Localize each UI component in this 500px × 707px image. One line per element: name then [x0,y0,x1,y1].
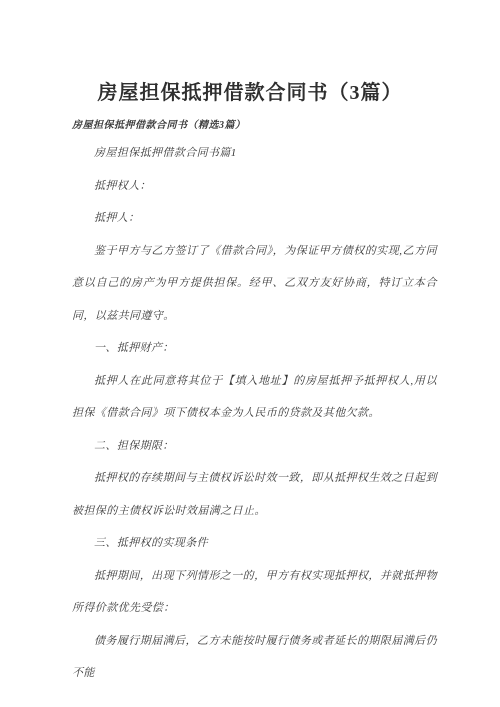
paragraph-mortgagee-label: 抵押权人： [72,170,437,203]
paragraph-clause-1-body: 抵押人在此同意将其位于【填入地址】的房屋抵押予抵押权人,用以担保《借款合同》项下… [72,365,437,430]
paragraph-clause-3-heading: 三、抵押权的实现条件 [72,527,437,560]
paragraph-section-title: 房屋担保抵押借款合同书篇1 [72,137,437,170]
document-content: 房屋担保抵押借款合同书（精选3篇） 房屋担保抵押借款合同书篇1 抵押权人： 抵押… [0,119,500,690]
paragraph-preamble: 鉴于甲方与乙方签订了《借款合同》，为保证甲方债权的实现,乙方同意以自己的房产为甲… [72,235,437,333]
paragraph-clause-2-heading: 二、担保期限： [72,430,437,463]
document-title: 房屋担保抵押借款合同书（3篇） [0,0,500,104]
paragraph-clause-3-body: 抵押期间，出现下列情形之一的，甲方有权实现抵押权，并就抵押物所得价款优先受偿： [72,560,437,625]
document-page: 房屋担保抵押借款合同书（3篇） 房屋担保抵押借款合同书（精选3篇） 房屋担保抵押… [0,0,500,707]
paragraph-clause-2-body: 抵押权的存续期间与主债权诉讼时效一致，即从抵押权生效之日起到被担保的主债权诉讼时… [72,462,437,527]
document-subtitle: 房屋担保抵押借款合同书（精选3篇） [72,119,437,132]
paragraph-clause-1-heading: 一、抵押财产： [72,332,437,365]
paragraph-clause-3-item: 债务履行期届满后，乙方未能按时履行债务或者延长的期限届满后仍不能 [72,625,437,690]
paragraph-mortgagor-label: 抵押人： [72,202,437,235]
document-body: 房屋担保抵押借款合同书篇1 抵押权人： 抵押人： 鉴于甲方与乙方签订了《借款合同… [72,137,437,690]
